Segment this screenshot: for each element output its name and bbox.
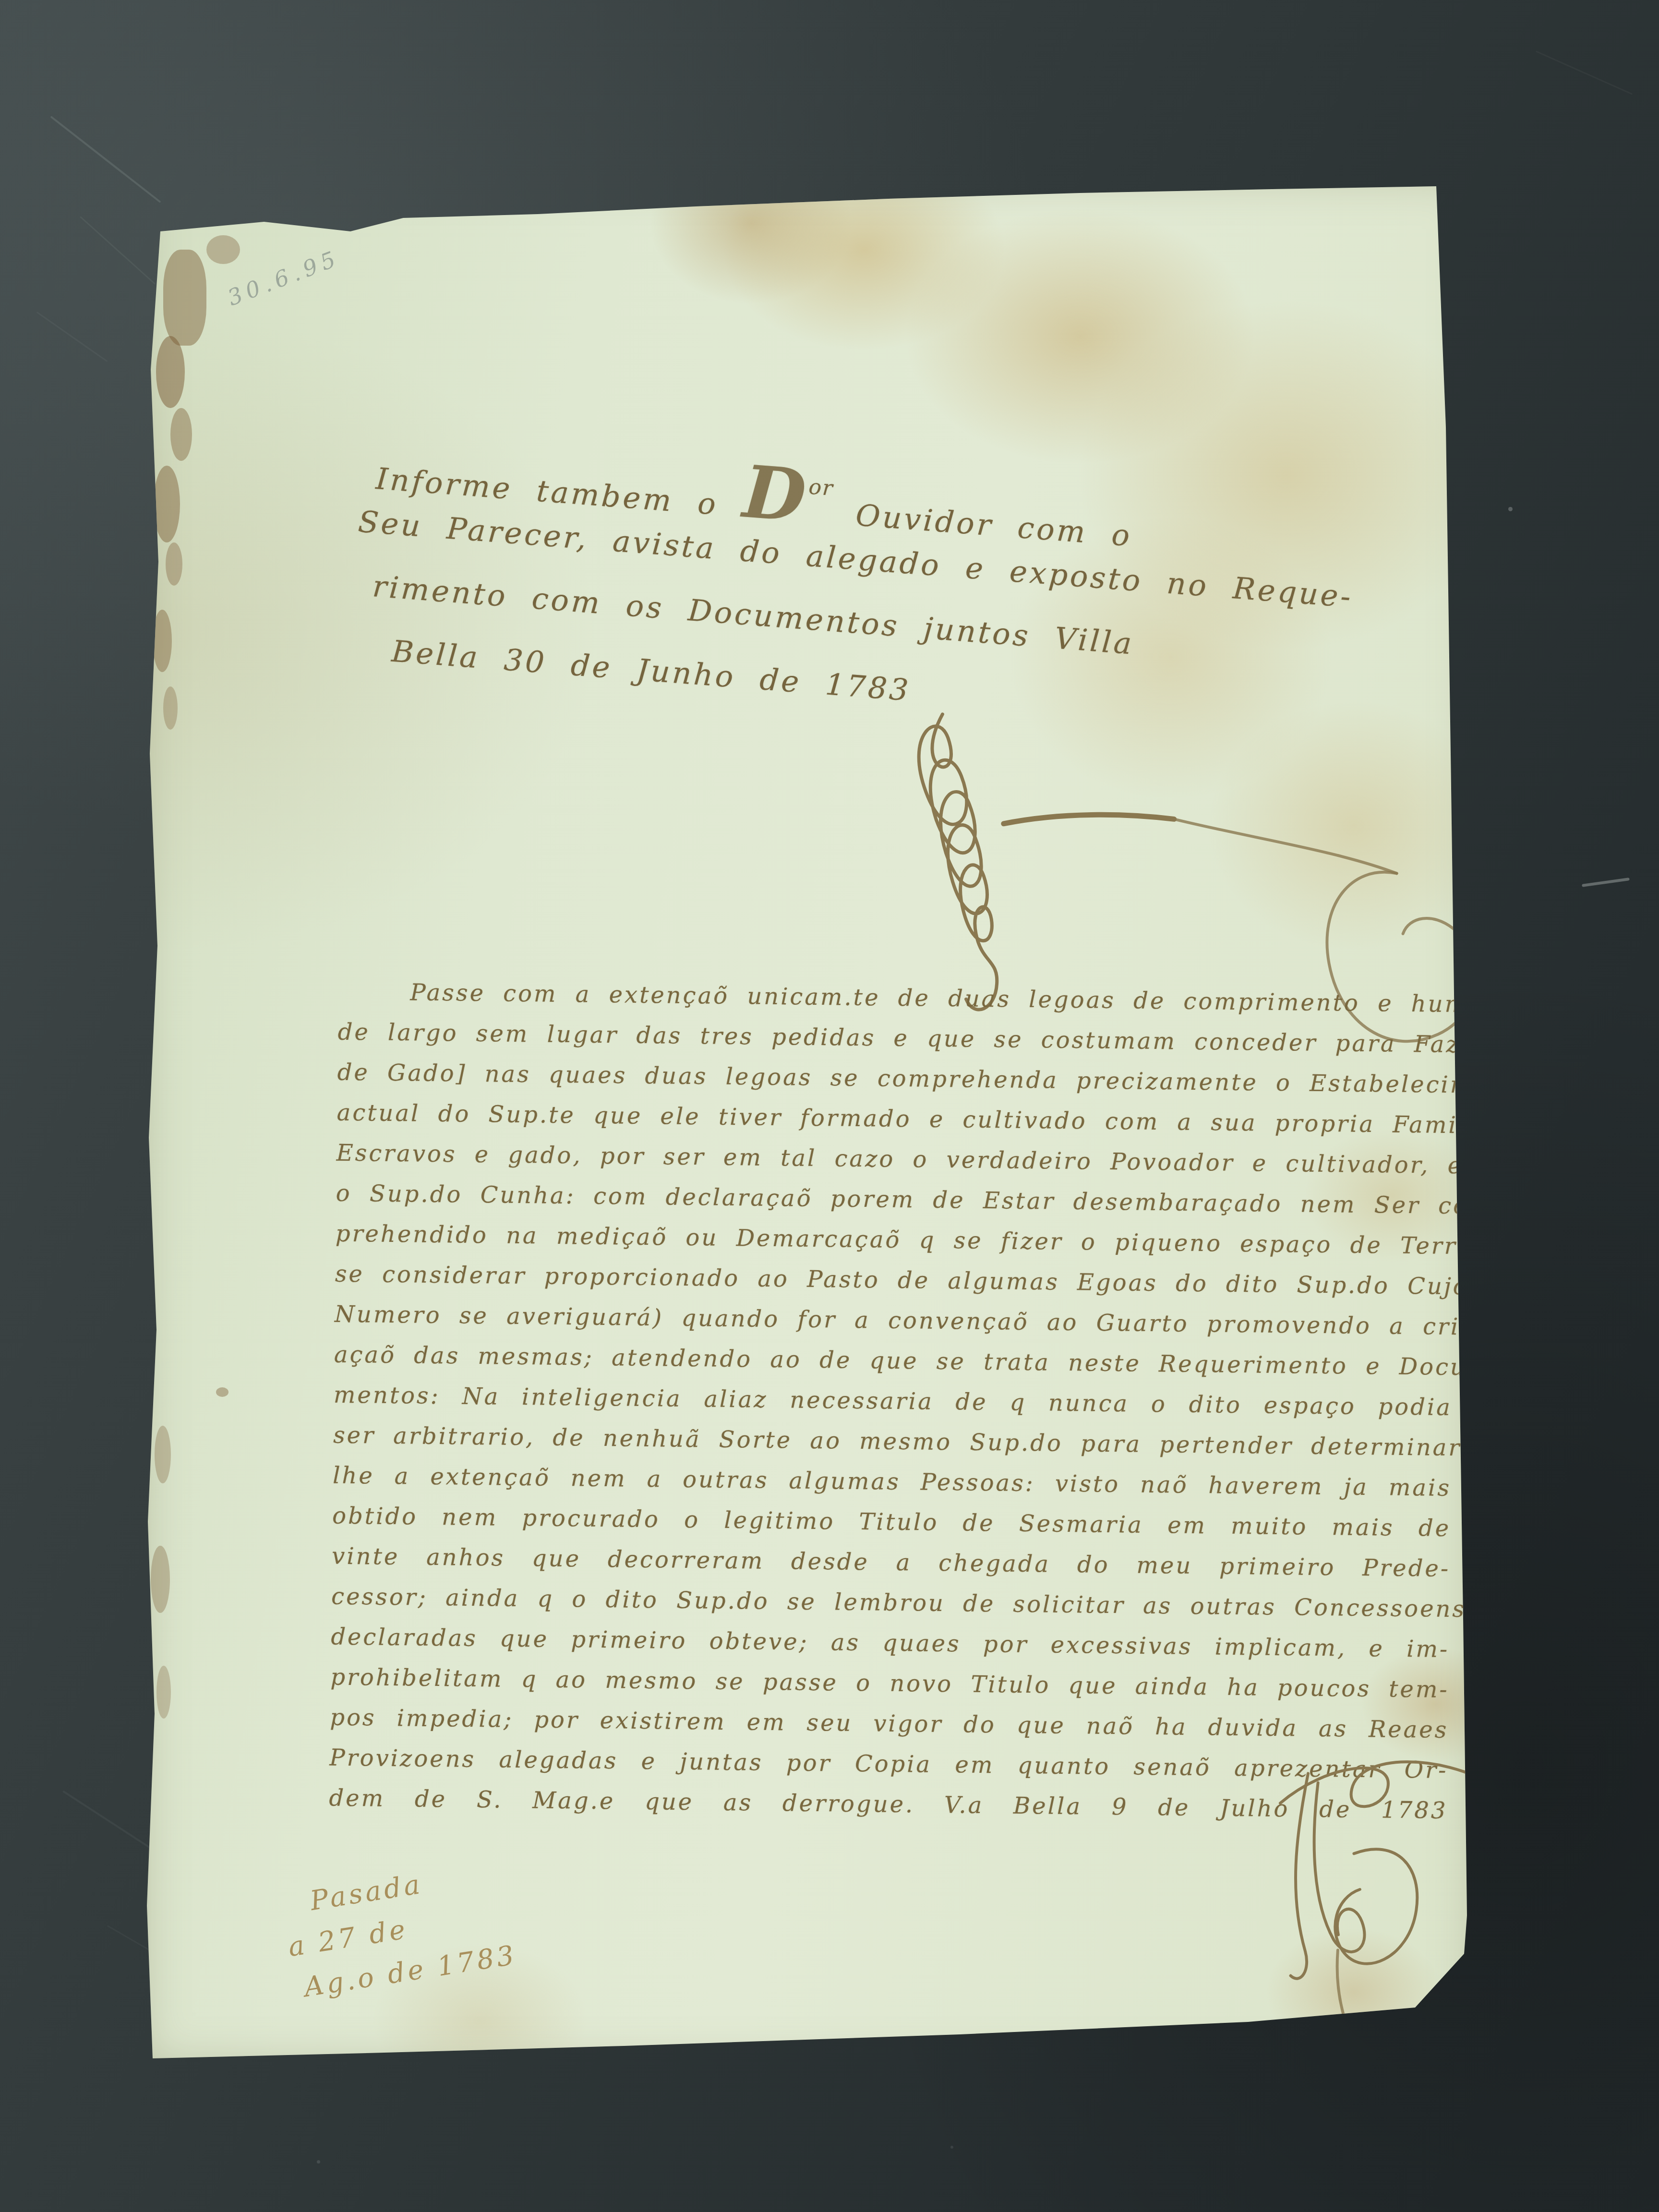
background-scratch xyxy=(1536,50,1633,95)
dust-speck xyxy=(317,2160,320,2164)
manuscript-writing-layer: 30.6.95 Informe tambem o Dor Ouvidor com… xyxy=(142,135,1532,2064)
dust-speck xyxy=(950,2146,953,2149)
background-scratch xyxy=(50,116,161,203)
photograph-of-manuscript: 30.6.95 Informe tambem o Dor Ouvidor com… xyxy=(0,0,1659,2212)
pencil-archival-note: 30.6.95 xyxy=(224,245,344,311)
signature-rubric-icon xyxy=(1125,1736,1596,2077)
registry-note: Pasada a 27 de Ag.o de 1783 xyxy=(279,1856,520,2016)
dust-speck xyxy=(1508,507,1513,511)
docket-capital-d: D xyxy=(740,449,811,539)
manuscript-page: 30.6.95 Informe tambem o Dor Ouvidor com… xyxy=(144,178,1474,2064)
background-scratch xyxy=(36,312,108,362)
docket-superscript: or xyxy=(808,475,834,501)
background-scratch xyxy=(80,216,156,285)
despacho-paragraph: Passe com a extençaõ unicam.te de duas l… xyxy=(329,972,1457,1831)
background-scratch xyxy=(1582,878,1630,887)
